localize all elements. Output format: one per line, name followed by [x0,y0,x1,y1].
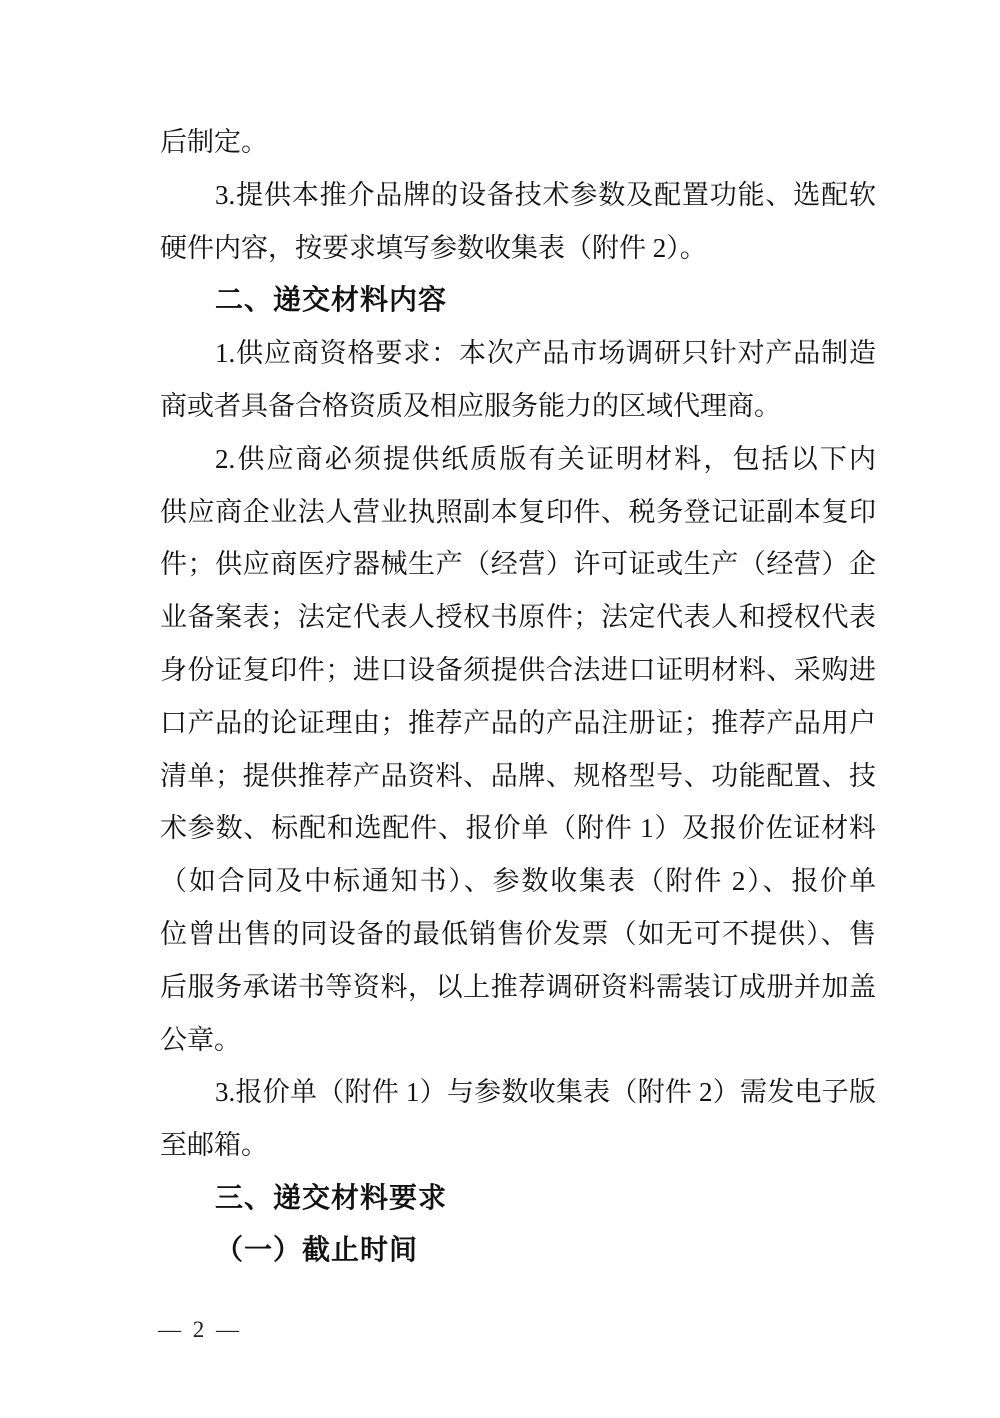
document-line: 清单；提供推荐产品资料、品牌、规格型号、功能配置、技 [160,750,876,803]
document-line: 身份证复印件；进口设备须提供合法进口证明材料、采购进 [160,644,876,697]
sub-section-heading: （一）截止时间 [160,1225,876,1278]
document-line: （如合同及中标通知书）、参数收集表（附件 2）、报价单 [160,855,876,908]
document-line: 3.报价单（附件 1）与参数收集表（附件 2）需发电子版 [160,1066,876,1119]
document-line: 口产品的论证理由；推荐产品的产品注册证；推荐产品用户 [160,697,876,750]
section-heading: 二、递交材料内容 [160,274,876,327]
document-line: 商或者具备合格资质及相应服务能力的区域代理商。 [160,380,876,433]
document-line: 业备案表；法定代表人授权书原件；法定代表人和授权代表 [160,591,876,644]
document-line: 件；供应商医疗器械生产（经营）许可证或生产（经营）企 [160,538,876,591]
document-line: 后服务承诺书等资料，以上推荐调研资料需装订成册并加盖 [160,961,876,1014]
document-line: 供应商企业法人营业执照副本复印件、税务登记证副本复印 [160,486,876,539]
document-body: 后制定。 3.提供本推介品牌的设备技术参数及配置功能、选配软 硬件内容，按要求填… [160,116,876,1278]
document-line: 2.供应商必须提供纸质版有关证明材料，包括以下内容： [160,433,876,486]
document-line: 后制定。 [160,116,876,169]
document-line: 至邮箱。 [160,1119,876,1172]
document-line: 公章。 [160,1014,876,1067]
page-number: — 2 — [158,1316,242,1344]
document-line: 1.供应商资格要求：本次产品市场调研只针对产品制造 [160,327,876,380]
document-line: 3.提供本推介品牌的设备技术参数及配置功能、选配软 [160,169,876,222]
document-line: 位曾出售的同设备的最低销售价发票（如无可不提供）、售 [160,908,876,961]
section-heading: 三、递交材料要求 [160,1172,876,1225]
document-line: 术参数、标配和选配件、报价单（附件 1）及报价佐证材料 [160,802,876,855]
document-page: 后制定。 3.提供本推介品牌的设备技术参数及配置功能、选配软 硬件内容，按要求填… [0,0,1000,1418]
document-line: 硬件内容，按要求填写参数收集表（附件 2）。 [160,222,876,275]
